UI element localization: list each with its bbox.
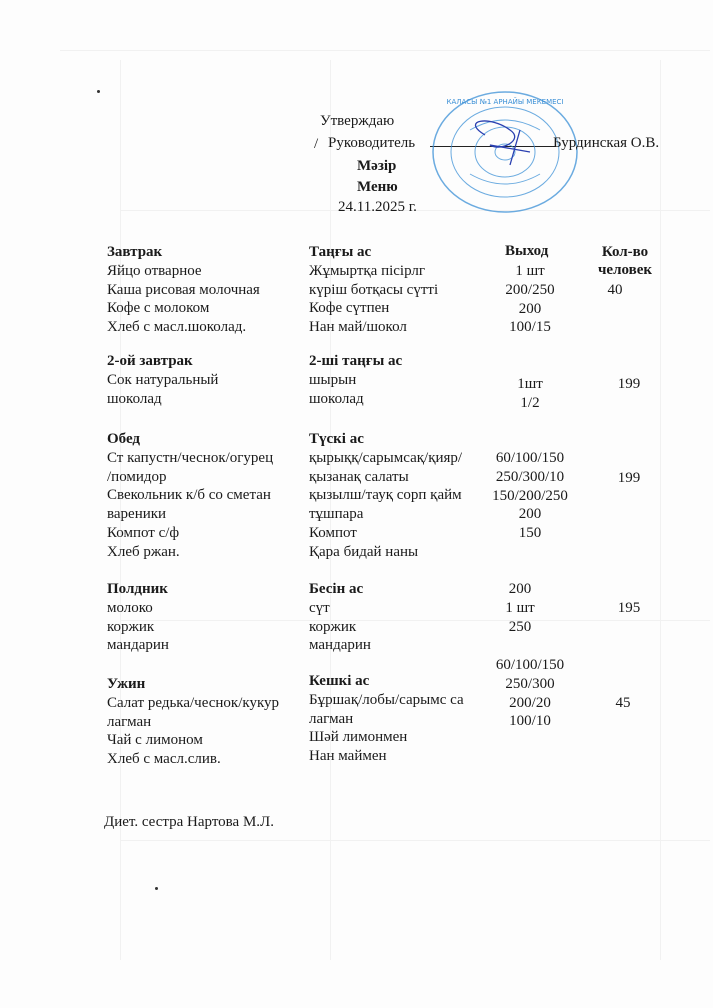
dish: лагман [107, 713, 279, 732]
dish: Каша рисовая молочная [107, 281, 260, 300]
menu-date: 24.11.2025 г. [338, 199, 417, 216]
meal-snack-ru: Полдник молоко коржик мандарин [107, 580, 169, 655]
dish: Хлеб с масл.шоколад. [107, 318, 260, 337]
dish: қызылш/тауқ сорп қайм [309, 486, 462, 505]
dietitian-signature: Диет. сестра Нартова М.Л. [104, 814, 274, 831]
output-value: 250/300 [490, 675, 570, 694]
dish: молоко [107, 599, 169, 618]
output-value: 250 [480, 618, 560, 637]
meal-title: Таңғы ас [309, 243, 438, 262]
dish: Қара бидай наны [309, 543, 462, 562]
dish: Сок натуральный [107, 371, 218, 390]
signer-name: Бурдинская О.В. [553, 135, 659, 152]
speck [97, 90, 100, 93]
output-value: 1 шт [490, 262, 570, 281]
output-value: 60/100/150 [490, 656, 570, 675]
meal-snack-count: 195 [594, 599, 664, 618]
count-header: Кол-во человек [590, 243, 660, 279]
meal-breakfast-kz: Таңғы ас Жұмыртқа пісірлг күріш ботқасы … [309, 243, 438, 337]
count-header-line1: Кол-во [590, 243, 660, 261]
output-value: 1 шт [480, 599, 560, 618]
dish: Нан маймен [309, 747, 464, 766]
output-value: 200 [490, 505, 570, 524]
dish: Яйцо отварное [107, 262, 260, 281]
meal-dinner-kz: Кешкі ас Бұршақ/лобы/сарымс са лагман Шә… [309, 672, 464, 766]
dish: Компот [309, 524, 462, 543]
meal-breakfast-count: 40 [580, 281, 650, 300]
dish: мандарин [107, 636, 169, 655]
output-header: Выход [505, 243, 548, 260]
dish: тұшпара [309, 505, 462, 524]
output-value: 250/300/10 [490, 468, 570, 487]
meal-title: 2-ой завтрак [107, 352, 218, 371]
output-value: 200 [480, 580, 560, 599]
meal-second-breakfast-kz: 2-ші таңғы ас шырын шоколад [309, 352, 402, 408]
title-ru: Меню [357, 179, 398, 196]
output-value: 1шт [490, 375, 570, 394]
output-value: 60/100/150 [490, 449, 570, 468]
meal-title: Завтрак [107, 243, 260, 262]
meal-dinner-count: 45 [588, 694, 658, 713]
meal-lunch-outputs: 60/100/150 250/300/10 150/200/250 200 15… [490, 449, 570, 543]
output-value: 100/10 [490, 712, 570, 731]
meal-second-breakfast-ru: 2-ой завтрак Сок натуральный шоколад [107, 352, 218, 408]
dish: лагман [309, 710, 464, 729]
dish: қызанақ салаты [309, 468, 462, 487]
official-stamp-icon: КАЛАСЫ №1 АРНАЙЫ МЕКЕМЕСІ [430, 90, 580, 214]
dish: Кофе сүтпен [309, 299, 438, 318]
title-kz: Мәзір [357, 158, 396, 175]
output-value: 1/2 [490, 394, 570, 413]
dish: Шәй лимонмен [309, 728, 464, 747]
meal-title: Обед [107, 430, 273, 449]
output-value: 150 [490, 524, 570, 543]
meal-title: Полдник [107, 580, 169, 599]
dish: шоколад [107, 390, 218, 409]
speck [155, 887, 158, 890]
meal-title: Бесін ас [309, 580, 371, 599]
dish: коржик [309, 618, 371, 637]
dish: Бұршақ/лобы/сарымс са [309, 691, 464, 710]
dish: Нан май/шокол [309, 318, 438, 337]
approve-label: Утверждаю [320, 113, 394, 130]
meal-lunch-count: 199 [594, 469, 664, 488]
dish: мандарин [309, 636, 371, 655]
meal-title: 2-ші таңғы ас [309, 352, 402, 371]
dish: шоколад [309, 390, 402, 409]
dish: коржик [107, 618, 169, 637]
meal-lunch-ru: Обед Ст капустн/чеснок/огурец /помидор С… [107, 430, 273, 562]
dish: қырыққ/сарымсақ/қияр/ [309, 449, 462, 468]
count-header-line2: человек [590, 261, 660, 279]
meal-dinner-ru: Ужин Салат редька/чеснок/кукур лагман Ча… [107, 675, 279, 769]
dish: /помидор [107, 468, 273, 487]
output-value: 100/15 [490, 318, 570, 337]
dish: Ст капустн/чеснок/огурец [107, 449, 273, 468]
output-value: 200 [490, 300, 570, 319]
output-value: 200/250 [490, 281, 570, 300]
dish: сүт [309, 599, 371, 618]
meal-second-breakfast-outputs: 1шт 1/2 [490, 375, 570, 413]
meal-lunch-kz: Түскі ас қырыққ/сарымсақ/қияр/ қызанақ с… [309, 430, 462, 562]
meal-breakfast-outputs: 1 шт 200/250 200 100/15 [490, 262, 570, 337]
dish: Салат редька/чеснок/кукур [107, 694, 279, 713]
dish: Свекольник к/б со сметан [107, 486, 273, 505]
dish: Кофе с молоком [107, 299, 260, 318]
meal-title: Түскі ас [309, 430, 462, 449]
meal-dinner-outputs: 60/100/150 250/300 200/20 100/10 [490, 656, 570, 731]
approve-slash: / [314, 136, 318, 153]
dish: вареники [107, 505, 273, 524]
meal-title: Ужин [107, 675, 279, 694]
svg-text:КАЛАСЫ №1 АРНАЙЫ МЕКЕМЕСІ: КАЛАСЫ №1 АРНАЙЫ МЕКЕМЕСІ [446, 97, 563, 106]
meal-snack-kz: Бесін ас сүт коржик мандарин [309, 580, 371, 655]
dish: Компот с/ф [107, 524, 273, 543]
position-label: Руководитель [328, 135, 415, 152]
meal-title: Кешкі ас [309, 672, 464, 691]
dish: Чай с лимоном [107, 731, 279, 750]
dish: Жұмыртқа пісірлг [309, 262, 438, 281]
meal-snack-outputs: 200 1 шт 250 [480, 580, 560, 636]
dish: Хлеб с масл.слив. [107, 750, 279, 769]
meal-breakfast-ru: Завтрак Яйцо отварное Каша рисовая молоч… [107, 243, 260, 337]
dish: Хлеб ржан. [107, 543, 273, 562]
meal-second-breakfast-count: 199 [594, 375, 664, 394]
output-value: 150/200/250 [490, 487, 570, 506]
dish: күріш ботқасы сүтті [309, 281, 438, 300]
output-value: 200/20 [490, 694, 570, 713]
dish: шырын [309, 371, 402, 390]
